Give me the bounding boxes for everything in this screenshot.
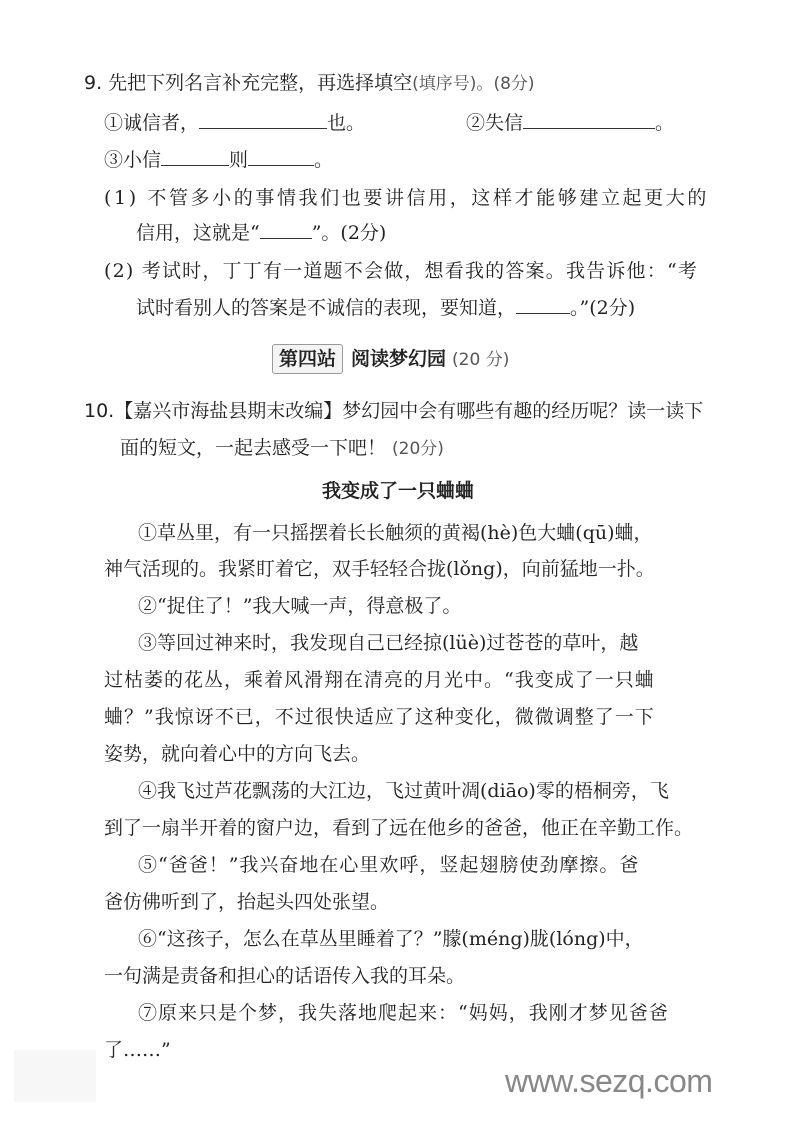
- passage-line: ⑤“爸爸！”我兴奋地在心里欢呼，竖起翅膀使劲摩擦。爸: [138, 851, 639, 879]
- question-9-title: 9. 先把下列名言补充完整，再选择填空(填序号)。(8分): [84, 69, 535, 98]
- quote-2-blank[interactable]: [523, 110, 655, 129]
- section-score: (20 分): [452, 350, 509, 370]
- passage-line: 过枯萎的花丛，乘着风滑翔在清亮的月光中。“我变成了一只蛐: [104, 666, 655, 694]
- watermark: www.sezq.com: [505, 1063, 712, 1100]
- sub-question-2-line-2: 试时看别人的答案是不诚信的表现，要知道，。”(2分): [136, 294, 635, 322]
- question-10-line-2: 面的短文，一起去感受一下吧！(20分): [120, 434, 444, 463]
- question-10-line-1: 10.【嘉兴市海盐县期末改编】梦幻园中会有哪些有趣的经历呢？读一读下: [84, 397, 703, 425]
- quote-3-prefix: ③小信: [104, 149, 161, 171]
- sub-question-2-prefix: 试时看别人的答案是不诚信的表现，要知道，: [136, 297, 516, 319]
- sub-question-1-line-2: 信用，这就是“”。(2分): [136, 219, 386, 247]
- sub-question-1-prefix: 信用，这就是“: [136, 222, 260, 244]
- station-badge: 第四站: [272, 344, 343, 374]
- question-9-text: 9. 先把下列名言补充完整，再选择填空: [84, 72, 412, 94]
- passage-line: 爸仿佛听到了，抬起头四处张望。: [104, 888, 389, 916]
- sub-question-1-blank[interactable]: [260, 220, 312, 239]
- question-10-text: 面的短文，一起去感受一下吧！: [120, 437, 386, 459]
- quote-2: ②失信。: [466, 109, 674, 137]
- quote-2-suffix: 。: [655, 112, 674, 134]
- quote-1-blank[interactable]: [199, 110, 327, 129]
- passage-line: 神气活现的。我紧盯着它，双手轻轻合拢(lǒng)，向前猛地一扑。: [104, 555, 655, 583]
- quote-1-prefix: ①诚信者，: [104, 112, 199, 134]
- question-9-score: (8分): [493, 74, 534, 94]
- quote-3: ③小信则。: [104, 146, 333, 174]
- quote-1-suffix: 也。: [327, 112, 365, 134]
- passage-line: ⑦原来只是个梦，我失落地爬起来：“妈妈，我刚才梦见爸爸: [138, 999, 669, 1027]
- sub-question-2-blank[interactable]: [516, 295, 570, 314]
- sub-question-2-suffix: 。”(2分): [570, 297, 635, 319]
- sub-question-1-suffix: ”。(2分): [312, 222, 387, 244]
- quote-3-blank-1[interactable]: [161, 147, 229, 166]
- quote-3-mid: 则: [229, 149, 248, 171]
- question-9-note: (填序号)。: [412, 74, 493, 94]
- passage-line: 一句满是责备和担心的话语传入我的耳朵。: [104, 962, 465, 990]
- quote-3-suffix: 。: [314, 149, 333, 171]
- quote-2-prefix: ②失信: [466, 112, 523, 134]
- question-10-score: (20分): [392, 439, 444, 459]
- passage-title: 我变成了一只蛐蛐: [322, 477, 474, 505]
- section-header: 第四站阅读梦幻园(20 分): [272, 344, 509, 374]
- passage-line: ②“捉住了！”我大喊一声，得意极了。: [138, 592, 461, 620]
- sub-question-2-line-1: (2) 考试时，丁丁有一道题不会做，想看我的答案。我告诉他：“考: [104, 257, 698, 285]
- quote-1: ①诚信者，也。: [104, 109, 365, 137]
- passage-line: ⑥“这孩子，怎么在草丛里睡着了？”朦(méng)胧(lóng)中，: [138, 925, 644, 953]
- passage-line: 到了一扇半开着的窗户边，看到了远在他乡的爸爸，他正在辛勤工作。: [104, 814, 693, 842]
- passage-line: ①草丛里，有一只摇摆着长长触须的黄褐(hè)色大蛐(qū)蛐，: [138, 519, 653, 547]
- passage-line: 蛐？”我惊讶不已，不过很快适应了这种变化，微微调整了一下: [104, 703, 655, 731]
- passage-line: 姿势，就向着心中的方向飞去。: [104, 740, 370, 768]
- scan-smudge: [14, 1050, 96, 1102]
- passage-line: ④我飞过芦花飘荡的大江边，飞过黄叶凋(diāo)零的梧桐旁，飞: [138, 777, 669, 805]
- sub-question-1-line-1: (1) 不管多小的事情我们也要讲信用，这样才能够建立起更大的: [104, 184, 709, 212]
- section-title: 阅读梦幻园: [351, 348, 446, 370]
- quote-3-blank-2[interactable]: [248, 147, 314, 166]
- passage-line: ③等回过神来时，我发现自己已经掠(lüè)过苍苍的草叶，越: [138, 629, 638, 657]
- passage-line: 了……”: [104, 1036, 171, 1064]
